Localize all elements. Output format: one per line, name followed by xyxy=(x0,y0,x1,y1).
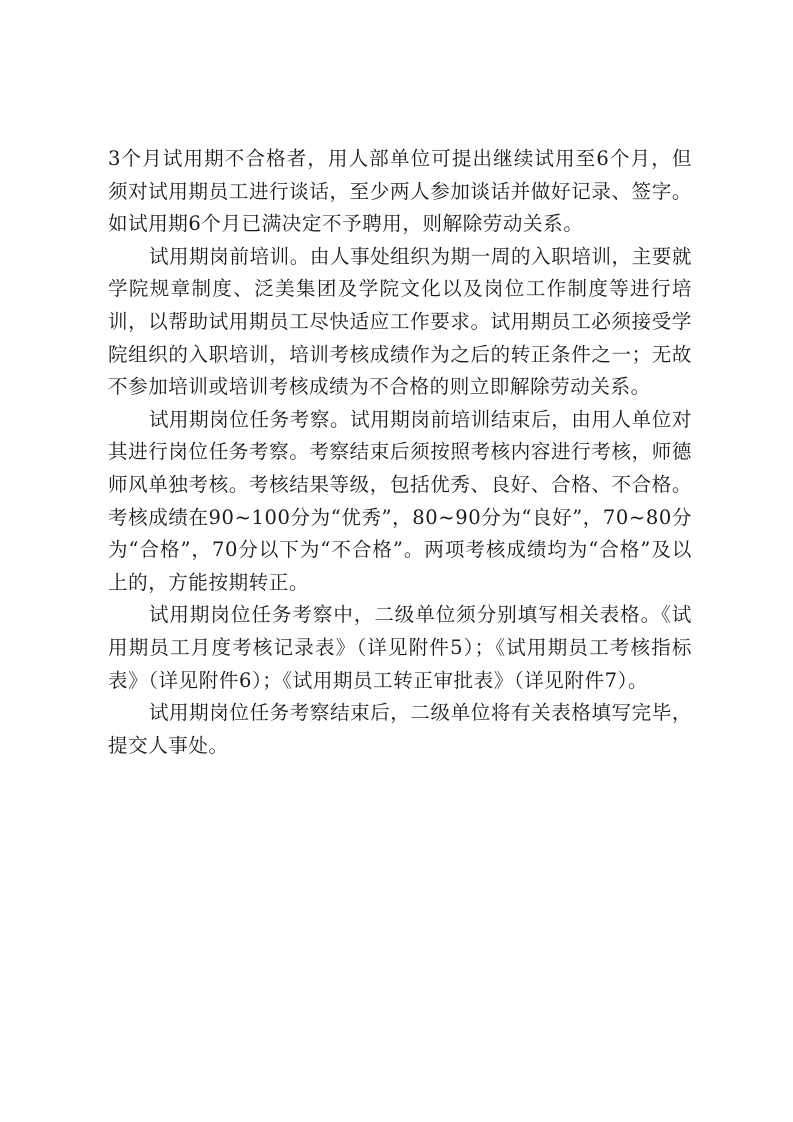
document-page: 3个月试用期不合格者，用人部单位可提出继续试用至6个月，但须对试用期员工进行谈话… xyxy=(0,0,793,1122)
paragraph-assessment-forms: 试用期岗位任务考察中，二级单位须分别填写相关表格。《试用期员工月度考核记录表》（… xyxy=(108,599,692,697)
paragraph-job-task-assessment: 试用期岗位任务考察。试用期岗前培训结束后，由用人单位对其进行岗位任务考察。考察结… xyxy=(108,404,692,600)
paragraph-probation-extension: 3个月试用期不合格者，用人部单位可提出继续试用至6个月，但须对试用期员工进行谈话… xyxy=(108,143,692,241)
paragraph-submission: 试用期岗位任务考察结束后，二级单位将有关表格填写完毕，提交人事处。 xyxy=(108,697,692,762)
paragraph-pre-job-training: 试用期岗前培训。由人事处组织为期一周的入职培训，主要就学院规章制度、泛美集团及学… xyxy=(108,241,692,404)
document-body: 3个月试用期不合格者，用人部单位可提出继续试用至6个月，但须对试用期员工进行谈话… xyxy=(108,143,692,762)
